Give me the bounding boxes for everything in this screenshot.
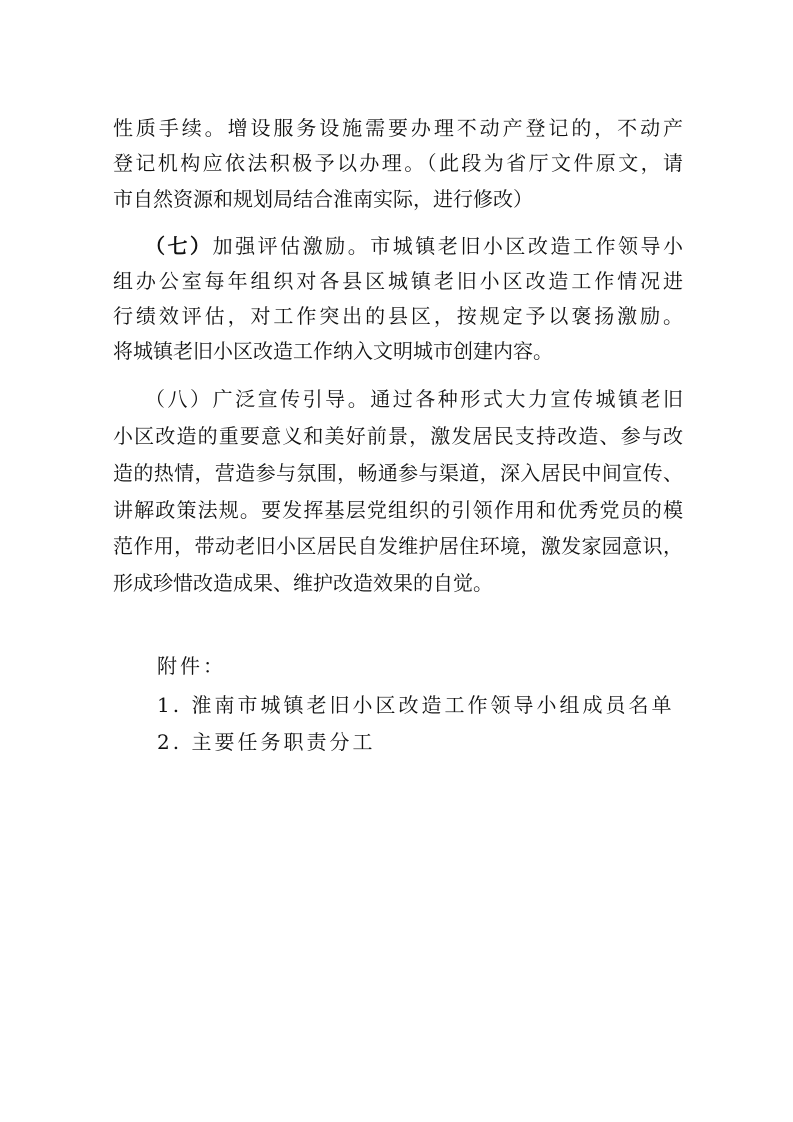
text-line: （七）加强评估激励。市城镇老旧小区改造工作领导小: [145, 228, 683, 264]
section-text: 广泛宣传引导。通过各种形式大力宣传城镇老旧: [213, 387, 683, 411]
attachment-item: 1. 淮南市城镇老旧小区改造工作领导小组成员名单: [157, 687, 674, 723]
text-line: 范作用，带动老旧小区居民自发维护居住环境，激发家园意识，: [113, 528, 683, 564]
document-page: 性质手续。增设服务设施需要办理不动产登记的，不动产 登记机构应依法积极予以办理。…: [0, 0, 793, 1122]
text-line: 组办公室每年组织对各县区城镇老旧小区改造工作情况进: [113, 263, 683, 299]
attachments-label: 附件：: [157, 648, 226, 684]
text-line: （八）广泛宣传引导。通过各种形式大力宣传城镇老旧: [145, 381, 683, 417]
text-line: 行绩效评估，对工作突出的县区，按规定予以褒扬激励。: [113, 298, 683, 334]
text-line: 小区改造的重要意义和美好前景，激发居民支持改造、参与改: [113, 418, 683, 454]
section-number: （八）: [145, 387, 213, 411]
text-line: 形成珍惜改造成果、维护改造效果的自觉。: [113, 565, 683, 601]
text-line: 将城镇老旧小区改造工作纳入文明城市创建内容。: [113, 333, 683, 369]
attachment-item: 2. 主要任务职责分工: [157, 724, 375, 760]
text-line: 造的热情，营造参与氛围，畅通参与渠道，深入居民中间宣传、: [113, 455, 683, 491]
text-line: 登记机构应依法积极予以办理。（此段为省厅文件原文，请: [113, 145, 683, 181]
section-number: （七）: [145, 234, 213, 258]
text-line: 性质手续。增设服务设施需要办理不动产登记的，不动产: [113, 110, 683, 146]
section-text: 加强评估激励。市城镇老旧小区改造工作领导小: [213, 234, 683, 258]
text-line: 市自然资源和规划局结合淮南实际，进行修改）: [113, 181, 683, 217]
text-line: 讲解政策法规。要发挥基层党组织的引领作用和优秀党员的模: [113, 492, 683, 528]
